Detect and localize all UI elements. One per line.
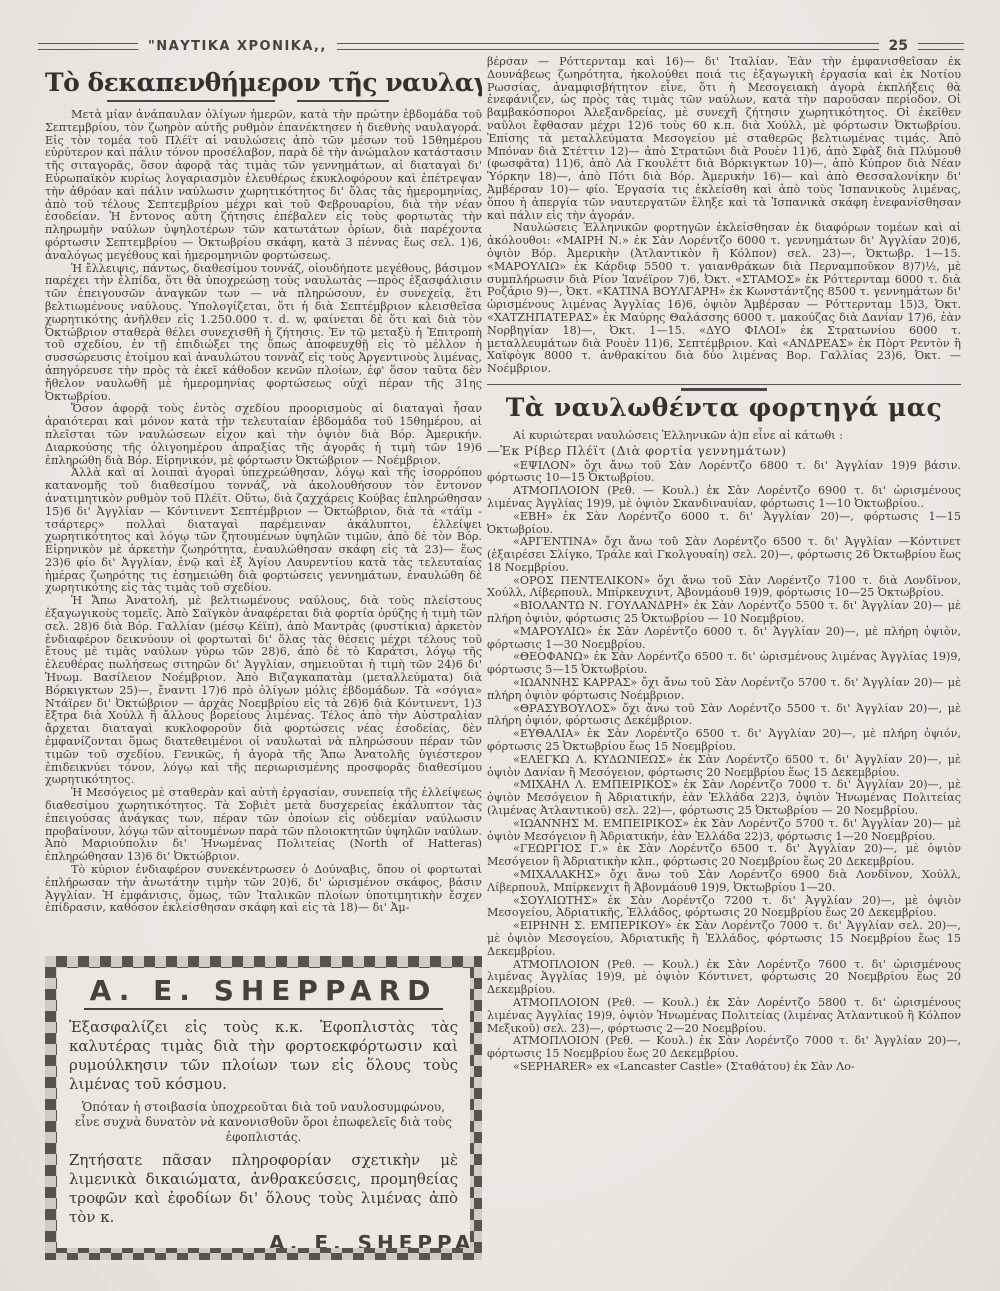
ad-body-text-2: Ὁπόταν ἡ στοιβασία ὑποχρεοῦται διὰ τοῦ ν… <box>69 1100 458 1145</box>
article-title-text: Τὸ δεκαπενθήμερον τῆς ναυλαγορᾶς <box>45 68 482 97</box>
page-header: "ΝΑΥΤΙΚΑ ΧΡΟΝΙΚΑ,, 25 <box>38 38 964 54</box>
charter-entry: ΑΤΜΟΠΛΟΙΟΝ (Ρεθ. — Κουλ.) ἐκ Σὰν Λορέντζ… <box>487 1035 961 1061</box>
ad-signature-block: A. E. SHEPPARD 6, LLOYD'S AVENUE LONDON … <box>269 1231 470 1248</box>
charter-entry: «ΣΟΥΛΙΩΤΗΣ» ἐκ Σὰν Λορέντζο 7200 τ. δι' … <box>487 895 961 921</box>
article-paragraph: Ὅσον ἀφορᾷ τοὺς ἐντὸς σχεδίου προορισμοὺ… <box>45 403 482 467</box>
double-rule-left <box>38 43 138 50</box>
article-title: Τὸ δεκαπενθήμερον τῆς ναυλαγορᾶς <box>45 68 482 97</box>
masthead-title: "ΝΑΥΤΙΚΑ ΧΡΟΝΙΚΑ,, <box>148 39 327 54</box>
article-paragraph: Ναυλώσεις Ἑλληνικῶν φορτηγῶν ἐκλείσθησαν… <box>487 222 961 376</box>
sheppard-ad: A. E. SHEPPARD Ἐξασφαλίζει εἰς τοὺς κ.κ.… <box>45 956 482 1260</box>
charter-entry: «ΜΙΧΑΛΑΚΗΣ» ὄχι ἄνω τοῦ Σὰν Λορέντζο 690… <box>487 869 961 895</box>
article-paragraph: Τὸ κύριον ἐνδιαφέρον συνεκέντρωσεν ὁ Δού… <box>45 864 482 915</box>
title-underline-2 <box>297 100 389 102</box>
charter-entry: «ΙΩΑΝΝΗΣ ΚΑΡΡΑΣ» ὄχι ἄνω τοῦ Σὰν Λορέντζ… <box>487 677 961 703</box>
section-separator-rule <box>487 384 961 385</box>
charter-entry: «ΓΕΩΡΓΙΟΣ Γ.» ἐκ Σὰν Λορέντζο 6500 τ. δι… <box>487 843 961 869</box>
ad-brand-heading: A. E. SHEPPARD <box>84 974 444 1010</box>
charter-entry: ΑΤΜΟΠΛΟΙΟΝ (Ρεθ. — Κουλ.) ἐκ Σὰν Λορέντζ… <box>487 959 961 997</box>
charter-entry: «ΜΑΡΟΥΛΙΩ» ἐκ Σὰν Λορέντζο 6000 τ. δι' Ἀ… <box>487 626 961 652</box>
double-rule-right <box>918 43 964 50</box>
charter-entry: «ΒΙΟΛΑΝΤΩ Ν. ΓΟΥΛΑΝΔΡΗ» ἐκ Σὰν Λορέντζο … <box>487 600 961 626</box>
fortnight-review-article: Τὸ δεκαπενθήμερον τῆς ναυλαγορᾶς Μετὰ μί… <box>45 68 482 954</box>
ad-signature: A. E. SHEPPARD <box>269 1231 470 1248</box>
double-rule-middle <box>337 43 879 50</box>
article-paragraph: Ἡ Ἄπω Ἀνατολή, μὲ βελτιωμένους ναύλους, … <box>45 595 482 787</box>
article-paragraph: Ἡ ἔλλειψις, πάντως, διαθεσίμου τοννάζ, ο… <box>45 263 482 404</box>
magazine-page: "ΝΑΥΤΙΚΑ ΧΡΟΝΙΚΑ,, 25 Τὸ δεκαπενθήμερον … <box>0 0 1000 1291</box>
ad-body-text-1: Ἐξασφαλίζει εἰς τοὺς κ.κ. Ἐφοπλιστὰς τὰς… <box>69 1018 458 1094</box>
article-paragraph: Ἡ Μεσόγειος μὲ σταθερὰν καὶ αὐτὴ ἐργασία… <box>45 787 482 864</box>
article-paragraph-continuation: βέρσαν — Ρόττερνταμ καὶ 16)— δι' Ἰταλίαν… <box>487 56 961 222</box>
section-title-dash <box>681 388 767 391</box>
sheppard-ad-inner: A. E. SHEPPARD Ἐξασφαλίζει εἰς τοὺς κ.κ.… <box>57 968 470 1248</box>
charter-entry: ΑΤΜΟΠΛΟΙΟΝ (Ρεθ. — Κουλ.) ἐκ Σὰν Λορέντζ… <box>487 997 961 1035</box>
charter-entry: ΑΤΜΟΠΛΟΙΟΝ (Ρεθ. — Κουλ.) ἐκ Σὰν Λορέντζ… <box>487 485 961 511</box>
charter-entry: «ΑΡΓΕΝΤΙΝΑ» ὄχι ἄνω τοῦ Σὰν Λορέντζο 650… <box>487 536 961 574</box>
title-underline-1 <box>107 100 275 102</box>
charter-entry: «ΕΛΕΓΚΩ Λ. ΚΥΔΩΝΙΕΩΣ» ἐκ Σὰν Λορέντζο 65… <box>487 754 961 780</box>
article-paragraph: Μετὰ μίαν ἀνάπαυλαν ὀλίγων ἡμερῶν, κατὰ … <box>45 109 482 263</box>
ad-body-text-3: Ζητήσατε πᾶσαν πληροφορίαν σχετικὴν μὲ λ… <box>69 1151 458 1227</box>
charter-entry: «ΜΙΧΑΗΛ Λ. ΕΜΠΕΙΡΙΚΟΣ» ἐκ Σὰν Λορέντζο 7… <box>487 779 961 817</box>
right-column: βέρσαν — Ρόττερνταμ καὶ 16)— δι' Ἰταλίαν… <box>487 56 961 1266</box>
section-intro: Αἱ κυριώτεραι ναυλώσεις Ἑλληνικῶν ἀ)π εἶ… <box>487 430 961 443</box>
section-title: Τὰ ναυλωθέντα φορτηγά μας <box>487 393 961 422</box>
charter-entry: «ΕΙΡΗΝΗ Σ. ΕΜΠΕΡΙΚΟΥ» ἐκ Σὰν Λορέντζο 70… <box>487 920 961 958</box>
charter-entry: «ΕΨΙΛΟΝ» ὄχι ἄνω τοῦ Σὰν Λορέντζο 6800 τ… <box>487 460 961 486</box>
charter-entry: «ΙΩΑΝΝΗΣ Μ. ΕΜΠΕΙΡΙΚΟΣ» ἐκ Σὰν Λορέντζο … <box>487 818 961 844</box>
page-number: 25 <box>889 38 908 54</box>
charter-entry: «ΟΡΟΣ ΠΕΝΤΕΛΙΚΟΝ» ὄχι ἄνω τοῦ Σὰν Λορέντ… <box>487 575 961 601</box>
section-subhead: —Ἐκ Ρίβερ Πλέϊτ (Διὰ φορτία γεννημάτων) <box>487 445 961 458</box>
charter-entry: «ΕΒΗ» ἐκ Σὰν Λορέντζο 6000 τ. δι' Ἀγγλία… <box>487 511 961 537</box>
charter-entry: «ΘΡΑΣΥΒΟΥΛΟΣ» ὄχι ἄνω τοῦ Σὰν Λορέντζο 5… <box>487 703 961 729</box>
ad-footer: Τηλεγρ.: GUISPARD,London Τηλεφ : ROYAL 4… <box>69 1231 458 1248</box>
charter-entry: «SEPHARER» ex «Lancaster Castle» (Σταθάτ… <box>487 1061 961 1074</box>
article-paragraph: Ἀλλὰ καὶ αἱ λοιπαὶ ἀγοραὶ ὑπεχρεώθησαν, … <box>45 467 482 595</box>
charter-entry: «ΕΥΘΑΛΙΑ» ἐκ Σὰν Λορέντζο 6500 τ. δι' Ἀγ… <box>487 728 961 754</box>
charter-entry: «ΘΕΟΦΑΝΩ» ἐκ Σὰν Λορέντζο 6500 τ. δι' ὡρ… <box>487 651 961 677</box>
